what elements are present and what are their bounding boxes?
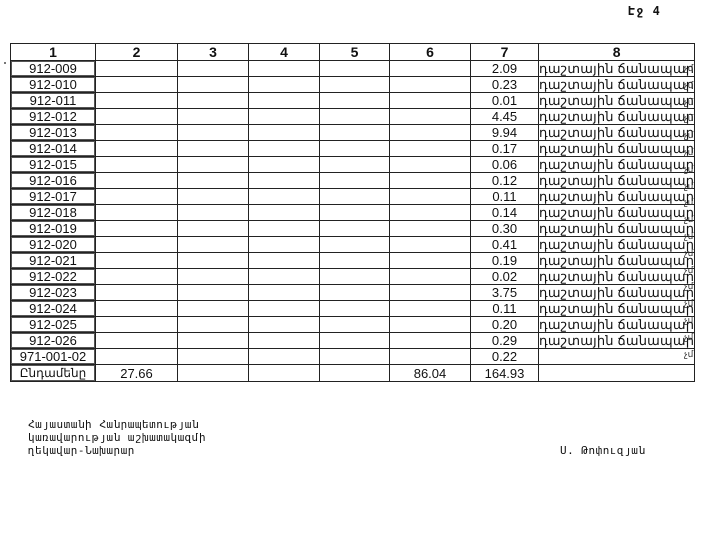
column-header: 5 <box>320 44 390 61</box>
description-cell: դաշտային ճանապար <box>539 77 695 93</box>
table-row: 912-0110.01դաշտային ճանապար <box>11 93 695 109</box>
area-cell: 0.23 <box>471 77 539 93</box>
col5-cell <box>320 61 390 77</box>
parcel-code-cell: 912-025 <box>11 317 96 333</box>
col3-cell <box>178 221 249 237</box>
col2-cell <box>96 301 178 317</box>
signatory-title: Հայաստանի Հանրապետության կառավարության ա… <box>28 418 206 457</box>
col5-cell <box>320 173 390 189</box>
description-cell: դաշտային ճանապար <box>539 205 695 221</box>
margin-mark: չմ <box>684 77 693 94</box>
col3-cell <box>178 269 249 285</box>
parcel-code-cell: 912-014 <box>11 141 96 157</box>
description-cell: դաշտային ճանապար <box>539 189 695 205</box>
parcel-code-cell: 912-021 <box>11 253 96 269</box>
col3-cell <box>178 253 249 269</box>
description-cell: դաշտային ճանապար <box>539 237 695 253</box>
col2-cell <box>96 93 178 109</box>
col2-cell <box>96 333 178 349</box>
col6-cell <box>390 237 471 253</box>
col5-cell <box>320 269 390 285</box>
margin-mark: չմ <box>684 60 693 77</box>
column-header: 1 <box>11 44 96 61</box>
col2-cell <box>96 237 178 253</box>
description-cell: դաշտային ճանապար <box>539 301 695 317</box>
col4-cell <box>249 141 320 157</box>
col5-cell <box>320 93 390 109</box>
parcel-code-cell: 912-024 <box>11 301 96 317</box>
col2-cell <box>96 253 178 269</box>
col4-cell <box>249 301 320 317</box>
col6-cell <box>390 301 471 317</box>
description-cell: դաշտային ճանապար <box>539 317 695 333</box>
description-cell <box>539 349 695 365</box>
parcel-code-cell: 912-009 <box>11 61 96 77</box>
margin-mark: չմ <box>684 161 693 178</box>
col4-cell <box>249 333 320 349</box>
table-row: 912-0210.19դաշտային ճանապար <box>11 253 695 269</box>
area-cell: 0.20 <box>471 317 539 333</box>
description-cell: դաշտային ճանապար <box>539 253 695 269</box>
col4-cell <box>249 189 320 205</box>
parcel-code-cell: 912-022 <box>11 269 96 285</box>
col5-cell <box>320 141 390 157</box>
col2-cell <box>96 173 178 189</box>
col5-cell <box>320 205 390 221</box>
parcel-code-cell: 912-011 <box>11 93 96 109</box>
col3-cell <box>178 349 249 365</box>
col2-cell <box>96 157 178 173</box>
col2-cell <box>96 205 178 221</box>
description-cell: դաշտային ճանապար <box>539 93 695 109</box>
total-value: 164.93 <box>471 365 539 382</box>
col2-cell <box>96 269 178 285</box>
table-header-row: 12345678 <box>11 44 695 61</box>
col5-cell <box>320 253 390 269</box>
column-header: 2 <box>96 44 178 61</box>
col3-cell <box>178 333 249 349</box>
table-row: 912-0160.12դաշտային ճանապար <box>11 173 695 189</box>
margin-mark <box>684 362 693 379</box>
col3-cell <box>178 61 249 77</box>
area-cell: 0.41 <box>471 237 539 253</box>
area-cell: 3.75 <box>471 285 539 301</box>
total-label: Ընդամենը <box>11 365 96 382</box>
total-value <box>320 365 390 382</box>
table-row: 912-0233.75դաշտային ճանապար <box>11 285 695 301</box>
col5-cell <box>320 333 390 349</box>
margin-mark: չմ <box>684 94 693 111</box>
col6-cell <box>390 205 471 221</box>
col6-cell <box>390 77 471 93</box>
description-cell: դաշտային ճանապար <box>539 285 695 301</box>
column-header: 3 <box>178 44 249 61</box>
col3-cell <box>178 93 249 109</box>
col4-cell <box>249 269 320 285</box>
area-cell: 0.02 <box>471 269 539 285</box>
col4-cell <box>249 77 320 93</box>
area-cell: 0.11 <box>471 189 539 205</box>
col6-cell <box>390 61 471 77</box>
margin-marks: չմչմչմչմչմչմչմչմչմչմչմչմչմչմչմչմչմչմ <box>684 60 693 379</box>
col2-cell <box>96 317 178 333</box>
col6-cell <box>390 285 471 301</box>
col6-cell <box>390 93 471 109</box>
area-cell: 0.01 <box>471 93 539 109</box>
col3-cell <box>178 141 249 157</box>
margin-mark: չմ <box>684 262 693 279</box>
col6-cell <box>390 125 471 141</box>
col6-cell <box>390 109 471 125</box>
table-row: 912-0220.02դաշտային ճանապար <box>11 269 695 285</box>
description-cell: դաշտային ճանապար <box>539 157 695 173</box>
description-cell: դաշտային ճանապար <box>539 141 695 157</box>
col3-cell <box>178 285 249 301</box>
signatory-title-line: կառավարության աշխատակազմի <box>28 431 206 444</box>
margin-mark: չմ <box>684 245 693 262</box>
total-value: 27.66 <box>96 365 178 382</box>
col3-cell <box>178 205 249 221</box>
col5-cell <box>320 349 390 365</box>
col4-cell <box>249 125 320 141</box>
col2-cell <box>96 349 178 365</box>
col6-cell <box>390 221 471 237</box>
col6-cell <box>390 173 471 189</box>
parcel-code-cell: 912-016 <box>11 173 96 189</box>
area-cell: 0.19 <box>471 253 539 269</box>
signatory-title-line: ղեկավար-Նախարար <box>28 444 206 457</box>
parcel-code-cell: 912-015 <box>11 157 96 173</box>
area-cell: 0.06 <box>471 157 539 173</box>
col6-cell <box>390 333 471 349</box>
col6-cell <box>390 317 471 333</box>
parcel-code-cell: 912-020 <box>11 237 96 253</box>
parcel-code-cell: 912-010 <box>11 77 96 93</box>
margin-mark: չմ <box>684 127 693 144</box>
area-cell: 0.17 <box>471 141 539 157</box>
parcel-code-cell: 912-018 <box>11 205 96 221</box>
col4-cell <box>249 221 320 237</box>
table-row: 912-0240.11դաշտային ճանապար <box>11 301 695 317</box>
margin-mark: չմ <box>684 278 693 295</box>
col2-cell <box>96 189 178 205</box>
col2-cell <box>96 125 178 141</box>
col2-cell <box>96 221 178 237</box>
col2-cell <box>96 285 178 301</box>
col3-cell <box>178 189 249 205</box>
margin-mark: չմ <box>684 295 693 312</box>
land-parcel-table: 12345678 912-0092.09դաշտային ճանապար912-… <box>10 43 695 382</box>
parcel-code-cell: 912-026 <box>11 333 96 349</box>
column-header: 4 <box>249 44 320 61</box>
col2-cell <box>96 61 178 77</box>
col4-cell <box>249 253 320 269</box>
col4-cell <box>249 109 320 125</box>
parcel-code-cell: 971-001-02 <box>11 349 96 365</box>
col4-cell <box>249 93 320 109</box>
col4-cell <box>249 237 320 253</box>
margin-mark: չմ <box>684 346 693 363</box>
col6-cell <box>390 189 471 205</box>
col4-cell <box>249 173 320 189</box>
area-cell: 0.22 <box>471 349 539 365</box>
col2-cell <box>96 141 178 157</box>
col4-cell <box>249 285 320 301</box>
total-value: 86.04 <box>390 365 471 382</box>
area-cell: 0.14 <box>471 205 539 221</box>
page-number: Էջ 4 <box>628 4 661 18</box>
col6-cell <box>390 157 471 173</box>
col3-cell <box>178 237 249 253</box>
area-cell: 2.09 <box>471 61 539 77</box>
column-header: 6 <box>390 44 471 61</box>
table-row: 912-0124.45դաշտային ճանապար <box>11 109 695 125</box>
area-cell: 4.45 <box>471 109 539 125</box>
margin-mark: չմ <box>684 110 693 127</box>
col5-cell <box>320 285 390 301</box>
description-cell: դաշտային ճանապար <box>539 221 695 237</box>
col3-cell <box>178 301 249 317</box>
signatory-title-line: Հայաստանի Հանրապետության <box>28 418 206 431</box>
col6-cell <box>390 141 471 157</box>
description-cell: դաշտային ճանապար <box>539 269 695 285</box>
col4-cell <box>249 317 320 333</box>
col3-cell <box>178 77 249 93</box>
column-header: 8 <box>539 44 695 61</box>
col3-cell <box>178 125 249 141</box>
col3-cell <box>178 157 249 173</box>
table-row: 912-0139.94դաշտային ճանապար <box>11 125 695 141</box>
total-value <box>249 365 320 382</box>
col3-cell <box>178 173 249 189</box>
parcel-code-cell: 912-012 <box>11 109 96 125</box>
total-value <box>178 365 249 382</box>
table-row: 912-0092.09դաշտային ճանապար <box>11 61 695 77</box>
area-cell: 0.29 <box>471 333 539 349</box>
parcel-code-cell: 912-017 <box>11 189 96 205</box>
col5-cell <box>320 317 390 333</box>
col3-cell <box>178 109 249 125</box>
table-row: 912-0260.29դաշտային ճանապար <box>11 333 695 349</box>
table-row: 912-0200.41դաշտային ճանապար <box>11 237 695 253</box>
table-row: 912-0140.17դաշտային ճանապար <box>11 141 695 157</box>
col3-cell <box>178 317 249 333</box>
area-cell: 0.11 <box>471 301 539 317</box>
margin-mark: չմ <box>684 211 693 228</box>
margin-mark: չմ <box>684 194 693 211</box>
margin-mark: չմ <box>684 312 693 329</box>
column-header: 7 <box>471 44 539 61</box>
area-cell: 0.30 <box>471 221 539 237</box>
description-cell: դաշտային ճանապար <box>539 333 695 349</box>
col5-cell <box>320 109 390 125</box>
col5-cell <box>320 125 390 141</box>
col5-cell <box>320 77 390 93</box>
margin-mark: չմ <box>684 228 693 245</box>
col5-cell <box>320 157 390 173</box>
col4-cell <box>249 157 320 173</box>
col2-cell <box>96 109 178 125</box>
area-cell: 0.12 <box>471 173 539 189</box>
col6-cell <box>390 349 471 365</box>
col2-cell <box>96 77 178 93</box>
table-row: 912-0100.23դաշտային ճանապար <box>11 77 695 93</box>
table-row: 912-0250.20դաշտային ճանապար <box>11 317 695 333</box>
signatory-name: Ս. Թոփուզյան <box>560 444 645 457</box>
col6-cell <box>390 269 471 285</box>
col4-cell <box>249 61 320 77</box>
total-row: Ընդամենը27.6686.04164.93 <box>11 365 695 382</box>
col4-cell <box>249 349 320 365</box>
col5-cell <box>320 237 390 253</box>
total-value <box>539 365 695 382</box>
parcel-code-cell: 912-013 <box>11 125 96 141</box>
col4-cell <box>249 205 320 221</box>
table-row: 971-001-020.22 <box>11 349 695 365</box>
col5-cell <box>320 221 390 237</box>
description-cell: դաշտային ճանապար <box>539 109 695 125</box>
table-row: 912-0170.11դաշտային ճանապար <box>11 189 695 205</box>
margin-mark: չմ <box>684 329 693 346</box>
parcel-code-cell: 912-023 <box>11 285 96 301</box>
margin-mark: չմ <box>684 144 693 161</box>
table-row: 912-0190.30դաշտային ճանապար <box>11 221 695 237</box>
col5-cell <box>320 189 390 205</box>
table-row: 912-0150.06դաշտային ճանապար <box>11 157 695 173</box>
area-cell: 9.94 <box>471 125 539 141</box>
description-cell: դաշտային ճանապար <box>539 173 695 189</box>
col5-cell <box>320 301 390 317</box>
table-row: 912-0180.14դաշտային ճանապար <box>11 205 695 221</box>
margin-mark: չմ <box>684 178 693 195</box>
description-cell: դաշտային ճանապար <box>539 125 695 141</box>
parcel-code-cell: 912-019 <box>11 221 96 237</box>
description-cell: դաշտային ճանապար <box>539 61 695 77</box>
col6-cell <box>390 253 471 269</box>
scan-speck <box>4 62 6 64</box>
